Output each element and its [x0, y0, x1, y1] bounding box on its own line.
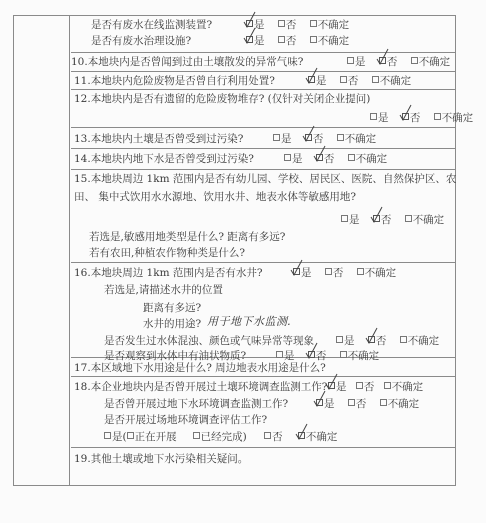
question-text-line2: 田、 集中式饮用水水源地、饮用水井、地表水体等敏感用地?: [74, 190, 356, 204]
option-no[interactable]: 否: [264, 430, 283, 444]
question-15: 15.本地块周边 1km 范围内是否有幼儿园、学校、居民区、医院、自然保护区、农…: [71, 170, 455, 263]
checkbox-icon[interactable]: [368, 336, 375, 343]
question-text: 11.本地块内危险废物是否曾自行利用处置?: [74, 74, 275, 88]
option-unsure[interactable]: 不确定: [348, 152, 388, 166]
checkbox-icon[interactable]: [384, 382, 391, 389]
question-text: 18.本企业地块内是否曾开展过土壤环境调查监测工作?: [74, 380, 327, 394]
question-text: 13.本地块内土壤是否曾受到过污染?: [74, 132, 243, 146]
checkbox-icon[interactable]: [104, 432, 111, 439]
checkbox-icon[interactable]: [337, 134, 344, 141]
checkbox-icon[interactable]: [193, 432, 200, 439]
question-text: 19.其他土壤或地下水污染相关疑问。: [74, 452, 248, 466]
question-13: 13.本地块内土壤是否曾受到过污染? 是 否 不确定: [71, 128, 455, 149]
option-yes[interactable]: 是: [316, 397, 335, 411]
options-group: 是 否 不确定: [308, 74, 421, 88]
checkbox-icon[interactable]: [278, 20, 285, 27]
option-unsure[interactable]: 不确定: [400, 334, 440, 348]
sub-question-groundwater-monitoring: 是否曾开展过地下水环境调查监测工作?: [104, 397, 288, 411]
assessment-options-group: 是(正在开展已经完成) 否 不确定: [104, 430, 347, 444]
checkbox-icon[interactable]: [405, 215, 412, 222]
sub-question-well-usage: 水井的用途?: [143, 317, 201, 331]
question-text: 16.本地块周边 1km 范围内是否有水井?: [74, 266, 263, 280]
option-yes[interactable]: 是: [246, 34, 265, 48]
section-label-column: [14, 16, 70, 485]
question-16: 16.本地块周边 1km 范围内是否有水井? 是 否 不确定 若选是,请描述水井…: [71, 263, 455, 358]
checkbox-icon[interactable]: [370, 113, 377, 120]
options-group: 是 否 不确定: [284, 152, 397, 166]
option-yes[interactable]: 是: [273, 132, 292, 146]
option-unsure[interactable]: 不确定: [298, 430, 338, 444]
option-yes[interactable]: 是: [341, 213, 360, 227]
option-unsure[interactable]: 不确定: [405, 213, 445, 227]
option-unsure[interactable]: 不确定: [337, 132, 377, 146]
checkbox-icon[interactable]: [348, 154, 355, 161]
checkbox-icon[interactable]: [246, 20, 253, 27]
option-yes[interactable]: 是: [370, 111, 389, 125]
option-completed[interactable]: 已经完成: [193, 430, 243, 444]
checkbox-icon[interactable]: [127, 432, 134, 439]
question-11: 11.本地块内危险废物是否曾自行利用处置? 是 否 不确定: [71, 72, 455, 90]
option-yes[interactable]: 是: [246, 18, 265, 32]
option-no[interactable]: 否: [305, 132, 324, 146]
checkbox-icon[interactable]: [400, 336, 407, 343]
options-group: 是 否 不确定: [370, 111, 473, 125]
question-19: 19.其他土壤或地下水污染相关疑问。: [71, 448, 455, 487]
option-yes[interactable]: 是: [104, 430, 123, 444]
options-group: 是 否 不确定: [293, 266, 406, 280]
option-no[interactable]: 否: [278, 34, 297, 48]
question-text: 17.本区域地下水用途是什么? 周边地表水用途是什么?: [74, 361, 326, 375]
checkbox-icon[interactable]: [305, 134, 312, 141]
question-text: 是否有废水在线监测装置?: [91, 18, 212, 32]
option-unsure[interactable]: 不确定: [310, 18, 350, 32]
option-no[interactable]: 否: [316, 152, 335, 166]
option-no[interactable]: 否: [278, 18, 297, 32]
sub-question-well-location: 若选是,请描述水井的位置: [104, 283, 223, 297]
checkbox-icon[interactable]: [246, 36, 253, 43]
checkbox-icon[interactable]: [316, 154, 323, 161]
options-group: 是 否 不确定: [246, 34, 359, 48]
option-yes[interactable]: 是: [284, 152, 303, 166]
question-17: 17.本区域地下水用途是什么? 周边地表水用途是什么?: [71, 358, 455, 377]
option-unsure[interactable]: 不确定: [434, 111, 474, 125]
option-yes[interactable]: 是: [308, 74, 327, 88]
option-unsure[interactable]: 不确定: [384, 380, 424, 394]
question-text: 是否有废水治理设施?: [91, 34, 191, 48]
option-yes[interactable]: 是: [347, 55, 366, 69]
checkbox-icon[interactable]: [379, 57, 386, 64]
checkbox-icon[interactable]: [336, 336, 343, 343]
option-no[interactable]: 否: [348, 397, 367, 411]
option-unsure[interactable]: 不确定: [372, 74, 412, 88]
options-group: 是 否 不确定: [246, 18, 359, 32]
checkbox-icon[interactable]: [328, 382, 335, 389]
sub-question-well-distance: 距离有多远?: [143, 301, 201, 315]
option-yes[interactable]: 是: [336, 334, 355, 348]
checkbox-icon[interactable]: [284, 154, 291, 161]
checkbox-icon[interactable]: [372, 76, 379, 83]
option-unsure[interactable]: 不确定: [310, 34, 350, 48]
options-group: 是 否 不确定: [347, 55, 460, 69]
question-12: 12.本地块内是否有遗留的危险废物堆存? (仅针对关闭企业提问) 是 否 不确定: [71, 89, 455, 128]
checkbox-icon[interactable]: [356, 382, 363, 389]
checkbox-icon[interactable]: [347, 57, 354, 64]
sub-question-site-assessment: 是否开展过场地环境调查评估工作?: [104, 413, 267, 427]
checkbox-icon[interactable]: [273, 134, 280, 141]
option-no[interactable]: 否: [368, 334, 387, 348]
checkbox-icon[interactable]: [293, 268, 300, 275]
option-unsure[interactable]: 不确定: [411, 55, 451, 69]
options-group: 是 否 不确定: [316, 397, 429, 411]
checkbox-icon[interactable]: [316, 399, 323, 406]
options-group: 是 否 不确定: [273, 132, 386, 146]
sub-question-sensitive-type: 若选是,敏感用地类型是什么? 距离有多远?: [89, 230, 285, 244]
option-no[interactable]: 否: [340, 74, 359, 88]
checkbox-icon[interactable]: [373, 215, 380, 222]
option-no[interactable]: 否: [379, 55, 398, 69]
question-text: 10.本地块内是否曾闻到过由土壤散发的异常气味?: [71, 55, 303, 69]
option-yes[interactable]: 是: [328, 380, 347, 394]
handwritten-well-usage-answer[interactable]: 用于地下水监测.: [207, 315, 292, 329]
checkbox-icon[interactable]: [310, 36, 317, 43]
checkbox-icon[interactable]: [348, 399, 355, 406]
checkbox-icon[interactable]: [264, 432, 271, 439]
question-18: 18.本企业地块内是否曾开展过土壤环境调查监测工作? 是 否 不确定 是否曾开展…: [71, 377, 455, 448]
checkbox-icon[interactable]: [411, 57, 418, 64]
sub-question-crop-type: 若有农田,种植农作物种类是什么?: [89, 246, 245, 260]
options-group: 是 否 不确定: [336, 334, 449, 348]
checkbox-icon[interactable]: [308, 76, 315, 83]
option-no[interactable]: 否: [325, 266, 344, 280]
checkbox-icon[interactable]: [325, 268, 332, 275]
options-group: 是 否 不确定: [341, 213, 454, 227]
checkbox-icon[interactable]: [357, 268, 364, 275]
checkbox-icon[interactable]: [402, 113, 409, 120]
option-yes[interactable]: 是: [293, 266, 312, 280]
option-no[interactable]: 否: [356, 380, 375, 394]
checkbox-icon[interactable]: [341, 215, 348, 222]
checkbox-icon[interactable]: [308, 351, 315, 358]
options-group: 是 否 不确定: [328, 380, 433, 394]
sub-question-turbidity: 是否发生过水体混浊、颜色或气味异常等现象: [104, 334, 314, 348]
checkbox-icon[interactable]: [380, 399, 387, 406]
checkbox-icon[interactable]: [434, 113, 441, 120]
checkbox-icon[interactable]: [340, 76, 347, 83]
option-no[interactable]: 否: [402, 111, 421, 125]
question-14: 14.本地块内地下水是否曾受到过污染? 是 否 不确定: [71, 149, 455, 170]
option-unsure[interactable]: 不确定: [357, 266, 397, 280]
checkbox-icon[interactable]: [298, 432, 305, 439]
checkbox-icon[interactable]: [340, 351, 347, 358]
option-no[interactable]: 否: [373, 213, 392, 227]
question-text: 12.本地块内是否有遗留的危险废物堆存? (仅针对关闭企业提问): [74, 92, 370, 106]
question-text-line1: 15.本地块周边 1km 范围内是否有幼儿园、学校、居民区、医院、自然保护区、农: [74, 172, 456, 186]
question-text: 14.本地块内地下水是否曾受到过污染?: [74, 152, 254, 166]
checkbox-icon[interactable]: [276, 351, 283, 358]
option-unsure[interactable]: 不确定: [380, 397, 420, 411]
question-9-continued: 是否有废水在线监测装置? 是 否 不确定 是否有废水治理设施? 是 否 不确定: [71, 16, 455, 53]
option-ongoing[interactable]: 正在开展: [127, 430, 177, 444]
checkbox-icon[interactable]: [278, 36, 285, 43]
checkbox-icon[interactable]: [310, 20, 317, 27]
question-10: 10.本地块内是否曾闻到过由土壤散发的异常气味? 是 否 不确定: [71, 52, 455, 72]
survey-table: 是否有废水在线监测装置? 是 否 不确定 是否有废水治理设施? 是 否 不确定 …: [13, 15, 456, 486]
